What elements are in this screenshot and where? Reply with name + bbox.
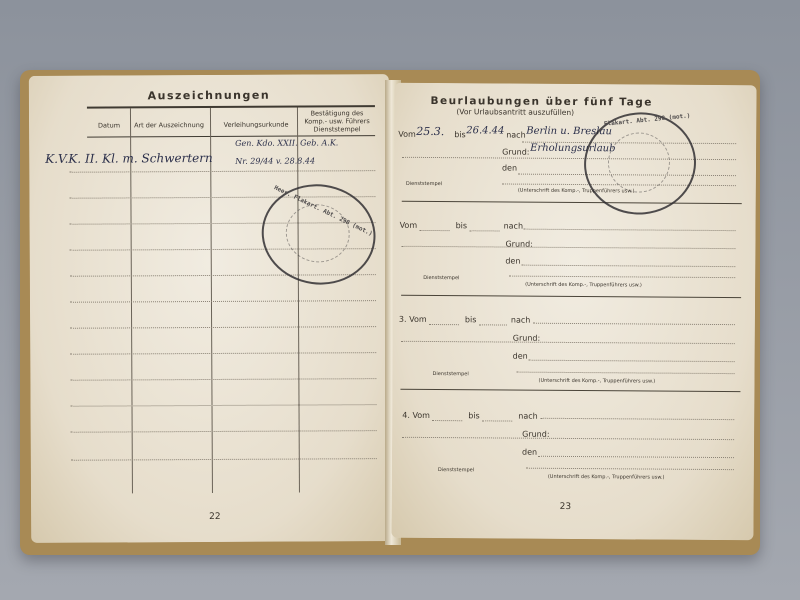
page-title: Auszeichnungen (29, 88, 389, 103)
entry-3-signature: (Unterschrift des Komp.-, Truppenführers… (538, 378, 655, 385)
entry-1-from: 25.3. (416, 125, 444, 138)
column-header-certificate: Verleihungsurkunde (211, 121, 301, 129)
page-number: 23 (560, 502, 572, 512)
label-bis: bis (454, 130, 466, 139)
page-number: 22 (209, 512, 221, 522)
right-page-leave: Beurlaubungen über fünf Tage (Vor Urlaub… (391, 83, 756, 541)
entry-3-label-nach: nach (511, 316, 531, 325)
entry-3-dienststempel: Dienststempel (433, 371, 469, 377)
award-entry-text: K.V.K. II. Kl. m. Schwertern (45, 151, 213, 166)
label-den: den (502, 163, 517, 172)
award-document-line1: Gen. Kdo. XXII. Geb. A.K. (235, 138, 338, 148)
entry-4-label-bis: bis (468, 411, 480, 420)
entry-3-label-bis: bis (465, 315, 477, 324)
left-page-awards: Auszeichnungen Datum Art der Auszeichnun… (29, 74, 391, 543)
entry-4-signature: (Unterschrift des Komp.-, Truppenführers… (548, 474, 665, 481)
label-grund: Grund: (502, 147, 529, 156)
label-vom: Vom (398, 130, 416, 139)
column-header-confirmation: Bestätigung des Komp.- usw. Führers Dien… (297, 109, 377, 133)
entry-1-until: 26.4.44 (466, 125, 504, 136)
award-document-line2: Nr. 29/44 v. 28.8.44 (235, 156, 315, 165)
entry-4-label-nach: nach (518, 412, 538, 421)
entry-4-label-den: den (522, 448, 537, 457)
stamp-inner-ring (605, 130, 673, 196)
column-header-date: Datum (89, 121, 129, 129)
entry-2-dienststempel: Dienststempel (423, 275, 459, 281)
page-subtitle: (Vor Urlaubsantritt auszufüllen) (456, 107, 574, 117)
entry-2-label-den: den (505, 257, 520, 266)
entry-4-index-vom: 4. Vom (402, 411, 430, 420)
entry-3-index-vom: 3. Vom (399, 315, 427, 324)
entry-2-label-nach: nach (504, 222, 524, 231)
column-header-award-type: Art der Auszeichnung (129, 121, 209, 129)
label-nach: nach (506, 131, 526, 140)
entry-2-label-bis: bis (456, 221, 468, 230)
entry-4-dienststempel: Dienststempel (438, 467, 474, 473)
entry-3-label-den: den (513, 352, 528, 361)
stamp-ring-text: Flakart. Abt. 298 (mot.) (604, 112, 691, 127)
entry-2-signature: (Unterschrift des Komp.-, Truppenführers… (525, 282, 642, 289)
label-dienststempel: Dienststempel (406, 181, 442, 187)
entry-2-label-vom: Vom (400, 221, 418, 230)
